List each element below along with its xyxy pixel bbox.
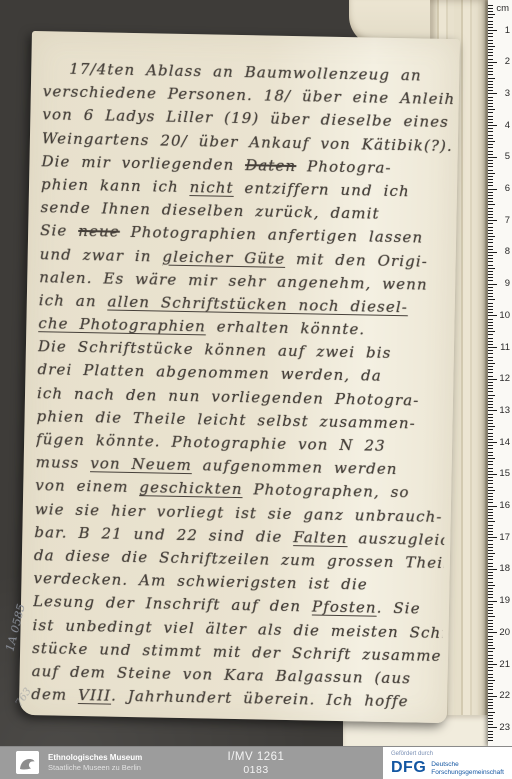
ruler-tick	[488, 379, 497, 380]
ruler-tick	[488, 208, 493, 209]
pencil-margin-note: 1A 0585	[2, 602, 27, 652]
ruler-tick	[488, 674, 493, 675]
ruler-tick	[488, 128, 493, 129]
ruler-tick	[488, 189, 497, 190]
ruler-tick	[488, 601, 497, 602]
ruler-tick	[488, 81, 493, 82]
ruler-tick	[488, 360, 493, 361]
ruler-tick	[488, 398, 493, 399]
ruler-tick	[488, 372, 493, 373]
ruler-tick	[488, 582, 493, 583]
ruler-tick	[488, 239, 493, 240]
ruler-tick	[488, 265, 493, 266]
ruler-tick	[488, 563, 493, 564]
ruler-tick	[488, 293, 493, 294]
ruler-tick	[488, 658, 493, 659]
ruler-number: 4	[505, 121, 510, 131]
ruler-tick	[488, 347, 497, 348]
ruler-tick	[488, 689, 493, 690]
ruler-tick	[488, 420, 493, 421]
ruler-number: 15	[499, 469, 510, 479]
ruler-tick	[488, 258, 493, 259]
ruler-tick	[488, 62, 497, 63]
ruler-tick	[488, 455, 493, 456]
ruler-number: 1	[505, 26, 510, 36]
ruler-tick	[488, 585, 495, 586]
ruler-number: 5	[505, 152, 510, 162]
ruler-tick	[488, 147, 493, 148]
ruler-tick	[488, 686, 493, 687]
ruler-tick	[488, 366, 493, 367]
ruler-tick	[488, 376, 493, 377]
ruler-tick	[488, 559, 493, 560]
ruler-tick	[488, 566, 493, 567]
ruler-tick	[488, 683, 493, 684]
ruler-tick	[488, 727, 497, 728]
ruler-tick	[488, 214, 493, 215]
ruler-tick	[488, 715, 493, 716]
ruler-tick	[488, 616, 495, 617]
ruler-tick	[488, 442, 497, 443]
ruler-tick	[488, 144, 493, 145]
ruler-tick	[488, 350, 493, 351]
ruler-tick	[488, 471, 493, 472]
ruler-tick	[488, 5, 493, 6]
funder-name-line2: Forschungsgemeinschaft	[431, 769, 504, 776]
ruler-tick	[488, 474, 497, 475]
ruler-tick	[488, 8, 493, 9]
ruler-tick	[488, 702, 493, 703]
ruler-tick	[488, 439, 493, 440]
ruler-tick	[488, 547, 493, 548]
ruler-tick	[488, 604, 493, 605]
ruler-tick	[488, 284, 497, 285]
ruler-number: 7	[505, 216, 510, 226]
ruler-tick	[488, 708, 493, 709]
ruler-number: 8	[505, 247, 510, 257]
ruler-tick	[488, 65, 493, 66]
digitization-footer: Ethnologisches Museum Staatliche Museen …	[0, 746, 512, 779]
ruler-tick	[488, 502, 493, 503]
ruler-tick	[488, 319, 493, 320]
ruler-tick	[488, 122, 493, 123]
ruler-number: 18	[499, 564, 510, 574]
ruler-tick	[488, 664, 497, 665]
ruler-tick	[488, 531, 493, 532]
ruler-tick	[488, 236, 495, 237]
ruler-tick	[488, 607, 493, 608]
ruler-tick	[488, 718, 493, 719]
funding-label: Gefördert durch	[391, 750, 512, 758]
ruler-tick	[488, 588, 493, 589]
ruler-tick	[488, 341, 493, 342]
ruler-tick	[488, 119, 493, 120]
ruler-number: 11	[500, 343, 510, 353]
ruler-tick	[488, 518, 493, 519]
ruler-tick	[488, 125, 497, 126]
ruler-tick	[488, 382, 493, 383]
ruler-tick	[488, 556, 493, 557]
ruler-tick	[488, 74, 493, 75]
ruler-tick	[488, 680, 495, 681]
ruler-tick	[488, 141, 495, 142]
funder-name: Deutsche Forschungsgemeinschaft	[431, 759, 504, 777]
ruler-tick	[488, 490, 495, 491]
ruler-tick	[488, 369, 493, 370]
ruler-tick	[488, 312, 493, 313]
ruler-tick	[488, 154, 493, 155]
ruler-tick	[488, 477, 493, 478]
ruler-tick	[488, 131, 493, 132]
ruler-tick	[488, 353, 493, 354]
ruler-tick	[488, 357, 493, 358]
ruler-tick	[488, 36, 493, 37]
ruler-tick	[488, 290, 493, 291]
ruler-tick	[488, 27, 493, 28]
ruler-tick	[488, 24, 493, 25]
ruler-tick	[488, 299, 495, 300]
ruler-tick	[488, 103, 493, 104]
ruler-tick	[488, 705, 493, 706]
ruler-tick	[488, 157, 497, 158]
ruler-tick	[488, 49, 493, 50]
ruler-tick	[488, 93, 497, 94]
ruler-tick	[488, 220, 497, 221]
ruler-number: 21	[499, 660, 510, 670]
ruler-tick	[488, 135, 493, 136]
ruler-tick	[488, 512, 493, 513]
ruler-tick	[488, 100, 493, 101]
ruler-tick	[488, 242, 493, 243]
ruler-tick	[488, 30, 497, 31]
ruler-tick	[488, 395, 495, 396]
funder-name-line1: Deutsche	[431, 761, 458, 768]
ruler-tick	[488, 182, 493, 183]
ruler-tick	[488, 385, 493, 386]
ruler-tick	[488, 261, 493, 262]
ruler-tick	[488, 506, 497, 507]
ruler-tick	[488, 328, 493, 329]
ruler-tick	[488, 112, 493, 113]
ruler-tick	[488, 639, 493, 640]
ruler-tick	[488, 223, 493, 224]
ruler-tick	[488, 274, 493, 275]
ruler-tick	[488, 623, 493, 624]
ruler-tick	[488, 740, 493, 741]
ruler-tick	[488, 591, 493, 592]
ruler-tick	[488, 534, 493, 535]
ruler-tick	[488, 230, 493, 231]
ruler-tick	[488, 296, 493, 297]
ruler-tick	[488, 163, 493, 164]
ruler-number: 12	[499, 374, 510, 384]
ruler-tick	[488, 724, 493, 725]
ruler-tick	[488, 195, 493, 196]
ruler-tick	[488, 620, 493, 621]
ruler-tick	[488, 433, 493, 434]
ruler-tick	[488, 642, 493, 643]
ruler-tick	[488, 597, 493, 598]
ruler-tick	[488, 59, 493, 60]
ruler-tick	[488, 407, 493, 408]
ruler-tick	[488, 84, 493, 85]
ruler-tick	[488, 667, 493, 668]
ruler-tick	[488, 55, 493, 56]
ruler-tick	[488, 17, 493, 18]
ruler-tick	[488, 391, 493, 392]
ruler-tick	[488, 217, 493, 218]
ruler-tick	[488, 699, 493, 700]
ruler-tick	[488, 626, 493, 627]
ruler-number: 22	[499, 691, 510, 701]
ruler-tick	[488, 277, 493, 278]
ruler-tick	[488, 160, 493, 161]
ruler-tick	[488, 731, 493, 732]
ruler-tick	[488, 464, 493, 465]
ruler-tick	[488, 249, 493, 250]
ruler-tick	[488, 306, 493, 307]
ruler-tick	[488, 528, 493, 529]
ruler-tick	[488, 109, 495, 110]
ruler-tick	[488, 493, 493, 494]
ruler-tick	[488, 452, 493, 453]
ruler-tick	[488, 138, 493, 139]
ruler-number: 6	[505, 184, 510, 194]
ruler-tick	[488, 404, 493, 405]
ruler-tick	[488, 661, 493, 662]
ruler-tick	[488, 363, 495, 364]
ruler-unit-label: cm	[496, 3, 509, 14]
ruler-tick	[488, 515, 493, 516]
ruler-tick	[488, 68, 493, 69]
ruler-tick	[488, 233, 493, 234]
ruler-tick	[488, 636, 493, 637]
ruler-tick	[488, 176, 493, 177]
ruler-number: 19	[499, 596, 510, 606]
ruler-tick	[488, 629, 493, 630]
ruler-tick	[488, 401, 493, 402]
ruler-tick	[488, 436, 493, 437]
ruler-tick	[488, 331, 495, 332]
ruler-tick	[488, 423, 493, 424]
ruler-tick	[488, 116, 493, 117]
ruler-tick	[488, 496, 493, 497]
ruler-tick	[488, 309, 493, 310]
scanned-document-viewer: 17/4ten Ablass an Baumwollenzeug anversc…	[0, 0, 512, 779]
ruler-number: 9	[505, 279, 510, 289]
ruler-tick	[488, 651, 493, 652]
ruler-number: 23	[499, 723, 510, 733]
ruler-tick	[488, 426, 495, 427]
ruler-tick	[488, 201, 493, 202]
ruler-tick	[488, 303, 493, 304]
ruler-tick	[488, 550, 493, 551]
ruler-tick	[488, 569, 497, 570]
manuscript-text: 17/4ten Ablass an Baumwollenzeug anversc…	[31, 57, 454, 723]
ruler-tick	[488, 610, 493, 611]
ruler-tick	[488, 487, 493, 488]
ruler-tick	[488, 338, 493, 339]
ruler-tick	[488, 480, 493, 481]
ruler-number: 20	[499, 628, 510, 638]
ruler-tick	[488, 521, 495, 522]
ruler-tick	[488, 268, 495, 269]
ruler-tick	[488, 227, 493, 228]
ruler-tick	[488, 33, 493, 34]
ruler-tick	[488, 287, 493, 288]
ruler-tick	[488, 509, 493, 510]
ruler-tick	[488, 334, 493, 335]
ruler-tick	[488, 712, 495, 713]
ruler-tick	[488, 414, 493, 415]
ruler-tick	[488, 525, 493, 526]
ruler-tick	[488, 14, 495, 15]
ruler-tick	[488, 151, 493, 152]
ruler-tick	[488, 632, 497, 633]
ruler-tick	[488, 71, 493, 72]
ruler-tick	[488, 252, 497, 253]
ruler-tick	[488, 170, 493, 171]
ruler-tick	[488, 21, 493, 22]
ruler-tick	[488, 448, 493, 449]
ruler-tick	[488, 204, 495, 205]
ruler-tick	[488, 43, 493, 44]
ruler-tick	[488, 499, 493, 500]
ruler-tick	[488, 429, 493, 430]
ruler-tick	[488, 734, 493, 735]
funder-badge: Gefördert durch DFG Deutsche Forschungsg…	[383, 747, 512, 779]
ruler-tick	[488, 185, 493, 186]
ruler-tick	[488, 271, 493, 272]
ruler-tick	[488, 246, 493, 247]
ruler-tick	[488, 388, 493, 389]
ruler-tick	[488, 544, 493, 545]
ruler-tick	[488, 192, 493, 193]
ruler-number: 13	[499, 406, 510, 416]
ruler-tick	[488, 166, 493, 167]
ruler-tick	[488, 78, 495, 79]
ruler-tick	[488, 179, 493, 180]
ruler-tick	[488, 696, 497, 697]
ruler-tick	[488, 280, 493, 281]
ruler-tick	[488, 46, 495, 47]
ruler-tick	[488, 461, 493, 462]
funder-logo-row: DFG Deutsche Forschungsgemeinschaft	[391, 759, 512, 777]
manuscript-page: 17/4ten Ablass an Baumwollenzeug anversc…	[19, 31, 460, 723]
ruler-tick	[488, 11, 493, 12]
ruler-number: 10	[499, 311, 510, 321]
ruler-number: 2	[505, 57, 510, 67]
ruler-tick	[488, 655, 493, 656]
ruler-tick	[488, 540, 493, 541]
ruler-tick	[488, 106, 493, 107]
ruler-tick	[488, 458, 495, 459]
ruler-tick	[488, 721, 493, 722]
ruler-tick	[488, 483, 493, 484]
ruler-tick	[488, 537, 497, 538]
ruler-number: 16	[499, 501, 510, 511]
ruler-tick	[488, 315, 497, 316]
ruler-tick	[488, 52, 493, 53]
ruler-tick	[488, 211, 493, 212]
ruler-tick	[488, 645, 493, 646]
ruler-number: 3	[505, 89, 510, 99]
ruler-tick	[488, 468, 493, 469]
ruler-tick	[488, 578, 493, 579]
dfg-logo: DFG	[391, 759, 426, 776]
ruler: cm 1234567891011121314151617181920212223	[488, 0, 512, 746]
ruler-tick	[488, 737, 493, 738]
ruler-tick	[488, 198, 493, 199]
ruler-tick	[488, 173, 495, 174]
ruler-tick	[488, 325, 493, 326]
ruler-tick	[488, 87, 493, 88]
ruler-tick	[488, 613, 493, 614]
ruler-tick	[488, 445, 493, 446]
ruler-tick	[488, 670, 493, 671]
ruler-tick	[488, 594, 493, 595]
ruler-tick	[488, 322, 493, 323]
ruler-tick	[488, 572, 493, 573]
ruler-tick	[488, 417, 493, 418]
ruler-tick	[488, 90, 493, 91]
ruler-tick	[488, 40, 493, 41]
ruler-tick	[488, 677, 493, 678]
ruler-tick	[488, 344, 493, 345]
ruler-tick	[488, 648, 495, 649]
ruler-tick	[488, 575, 493, 576]
ruler-tick	[488, 255, 493, 256]
ruler-tick	[488, 410, 497, 411]
ruler-tick	[488, 97, 493, 98]
ruler-tick	[488, 553, 495, 554]
ruler-number: 14	[499, 438, 510, 448]
ruler-tick	[488, 693, 493, 694]
ruler-number: 17	[499, 533, 510, 543]
